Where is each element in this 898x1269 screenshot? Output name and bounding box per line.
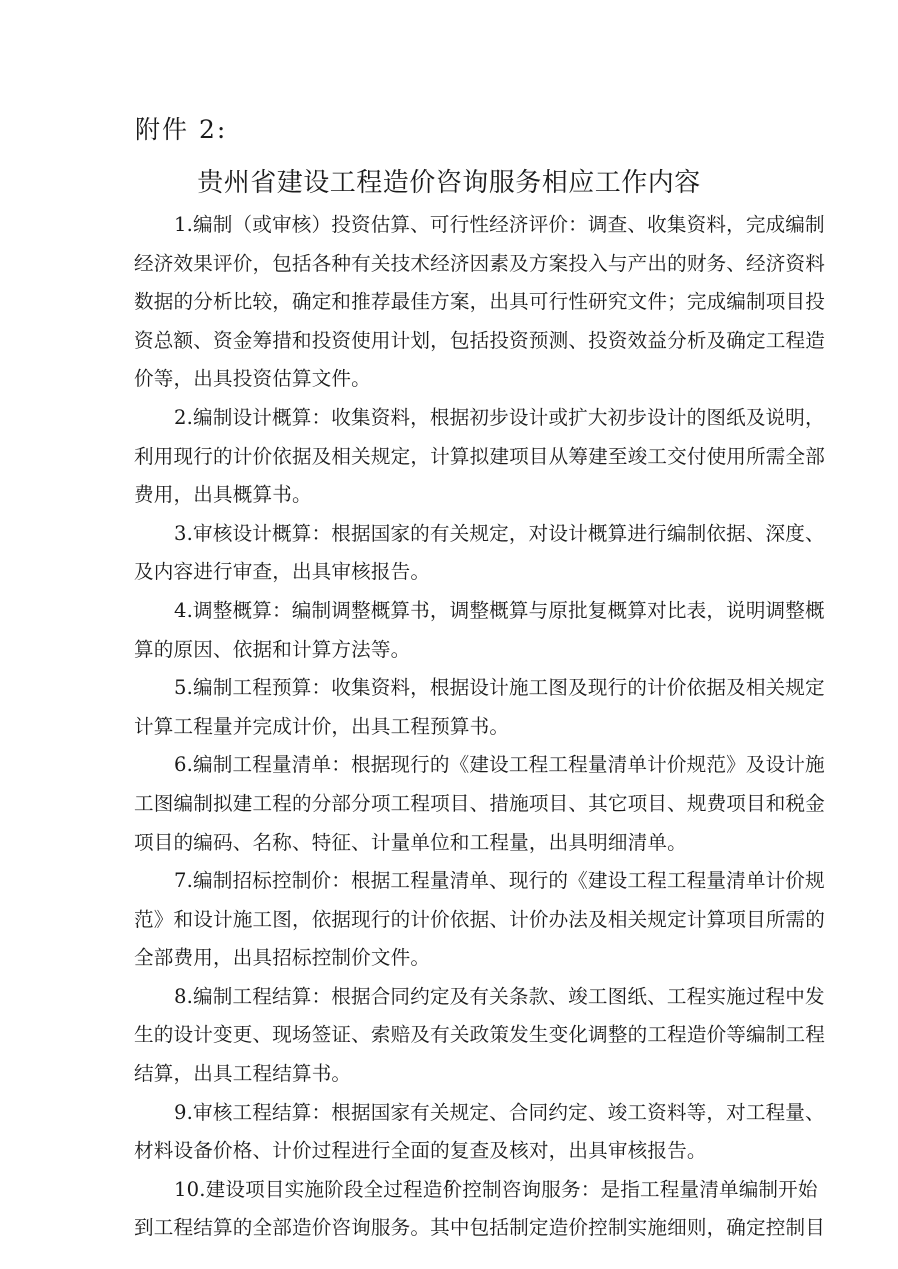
paragraph-line: 项目的编码、名称、特征、计量单位和工程量，出具明细清单。 (134, 824, 774, 863)
paragraph-line: 生的设计变更、现场签证、索赔及有关政策发生变化调整的工程造价等编制工程 (134, 1016, 774, 1055)
paragraph-4: 4.调整概算：编制调整概算书，调整概算与原批复概算对比表，说明调整概 算的原因、… (134, 592, 774, 669)
paragraph-line: 5.编制工程预算：收集资料，根据设计施工图及现行的计价依据及相关规定 (134, 669, 774, 708)
attachment-label: 附件 2: (135, 114, 227, 146)
paragraph-line: 算的原因、依据和计算方法等。 (134, 631, 774, 670)
paragraph-line: 价等，出具投资估算文件。 (134, 360, 774, 399)
paragraph-line: 4.调整概算：编制调整概算书，调整概算与原批复概算对比表，说明调整概 (134, 592, 774, 631)
paragraph-line: 工图编制拟建工程的分部分项工程项目、措施项目、其它项目、规费项目和税金 (134, 785, 774, 824)
paragraph-line: 计算工程量并完成计价，出具工程预算书。 (134, 708, 774, 747)
paragraph-line: 到工程结算的全部造价咨询服务。其中包括制定造价控制实施细则，确定控制目 (134, 1209, 774, 1248)
paragraph-2: 2.编制设计概算：收集资料，根据初步设计或扩大初步设计的图纸及说明， 利用现行的… (134, 399, 774, 515)
document-page: 附件 2: 贵州省建设工程造价咨询服务相应工作内容 1.编制（或审核）投资估算、… (0, 0, 898, 1269)
paragraph-3: 3.审核设计概算：根据国家的有关规定，对设计概算进行编制依据、深度、 及内容进行… (134, 515, 774, 592)
paragraph-line: 7.编制招标控制价：根据工程量清单、现行的《建设工程工程量清单计价规 (134, 862, 774, 901)
paragraph-line: 结算，出具工程结算书。 (134, 1055, 774, 1094)
paragraph-5: 5.编制工程预算：收集资料，根据设计施工图及现行的计价依据及相关规定 计算工程量… (134, 669, 774, 746)
page-number: 5 (0, 1178, 898, 1196)
paragraph-line: 1.编制（或审核）投资估算、可行性经济评价：调查、收集资料，完成编制 (134, 206, 774, 245)
paragraph-7: 7.编制招标控制价：根据工程量清单、现行的《建设工程工程量清单计价规 范》和设计… (134, 862, 774, 978)
paragraph-line: 及内容进行审查，出具审核报告。 (134, 553, 774, 592)
paragraph-line: 全部费用，出具招标控制价文件。 (134, 939, 774, 978)
paragraph-1: 1.编制（或审核）投资估算、可行性经济评价：调查、收集资料，完成编制 经济效果评… (134, 206, 774, 399)
paragraph-line: 资总额、资金筹措和投资使用计划，包括投资预测、投资效益分析及确定工程造 (134, 322, 774, 361)
paragraph-line: 利用现行的计价依据及相关规定，计算拟建项目从筹建至竣工交付使用所需全部 (134, 438, 774, 477)
paragraph-line: 8.编制工程结算：根据合同约定及有关条款、竣工图纸、工程实施过程中发 (134, 978, 774, 1017)
paragraph-line: 6.编制工程量清单：根据现行的《建设工程工程量清单计价规范》及设计施 (134, 746, 774, 785)
paragraph-6: 6.编制工程量清单：根据现行的《建设工程工程量清单计价规范》及设计施 工图编制拟… (134, 746, 774, 862)
document-title: 贵州省建设工程造价咨询服务相应工作内容 (0, 166, 898, 200)
paragraph-line: 2.编制设计概算：收集资料，根据初步设计或扩大初步设计的图纸及说明， (134, 399, 774, 438)
paragraph-8: 8.编制工程结算：根据合同约定及有关条款、竣工图纸、工程实施过程中发 生的设计变… (134, 978, 774, 1094)
paragraph-line: 材料设备价格、计价过程进行全面的复查及核对，出具审核报告。 (134, 1132, 774, 1171)
paragraph-line: 9.审核工程结算：根据国家有关规定、合同约定、竣工资料等，对工程量、 (134, 1094, 774, 1133)
paragraph-line: 3.审核设计概算：根据国家的有关规定，对设计概算进行编制依据、深度、 (134, 515, 774, 554)
paragraph-line: 经济效果评价，包括各种有关技术经济因素及方案投入与产出的财务、经济资料 (134, 245, 774, 284)
paragraph-line: 费用，出具概算书。 (134, 476, 774, 515)
document-body: 1.编制（或审核）投资估算、可行性经济评价：调查、收集资料，完成编制 经济效果评… (134, 206, 774, 1248)
paragraph-9: 9.审核工程结算：根据国家有关规定、合同约定、竣工资料等，对工程量、 材料设备价… (134, 1094, 774, 1171)
paragraph-line: 数据的分析比较，确定和推荐最佳方案，出具可行性研究文件；完成编制项目投 (134, 283, 774, 322)
paragraph-line: 范》和设计施工图，依据现行的计价依据、计价办法及相关规定计算项目所需的 (134, 901, 774, 940)
